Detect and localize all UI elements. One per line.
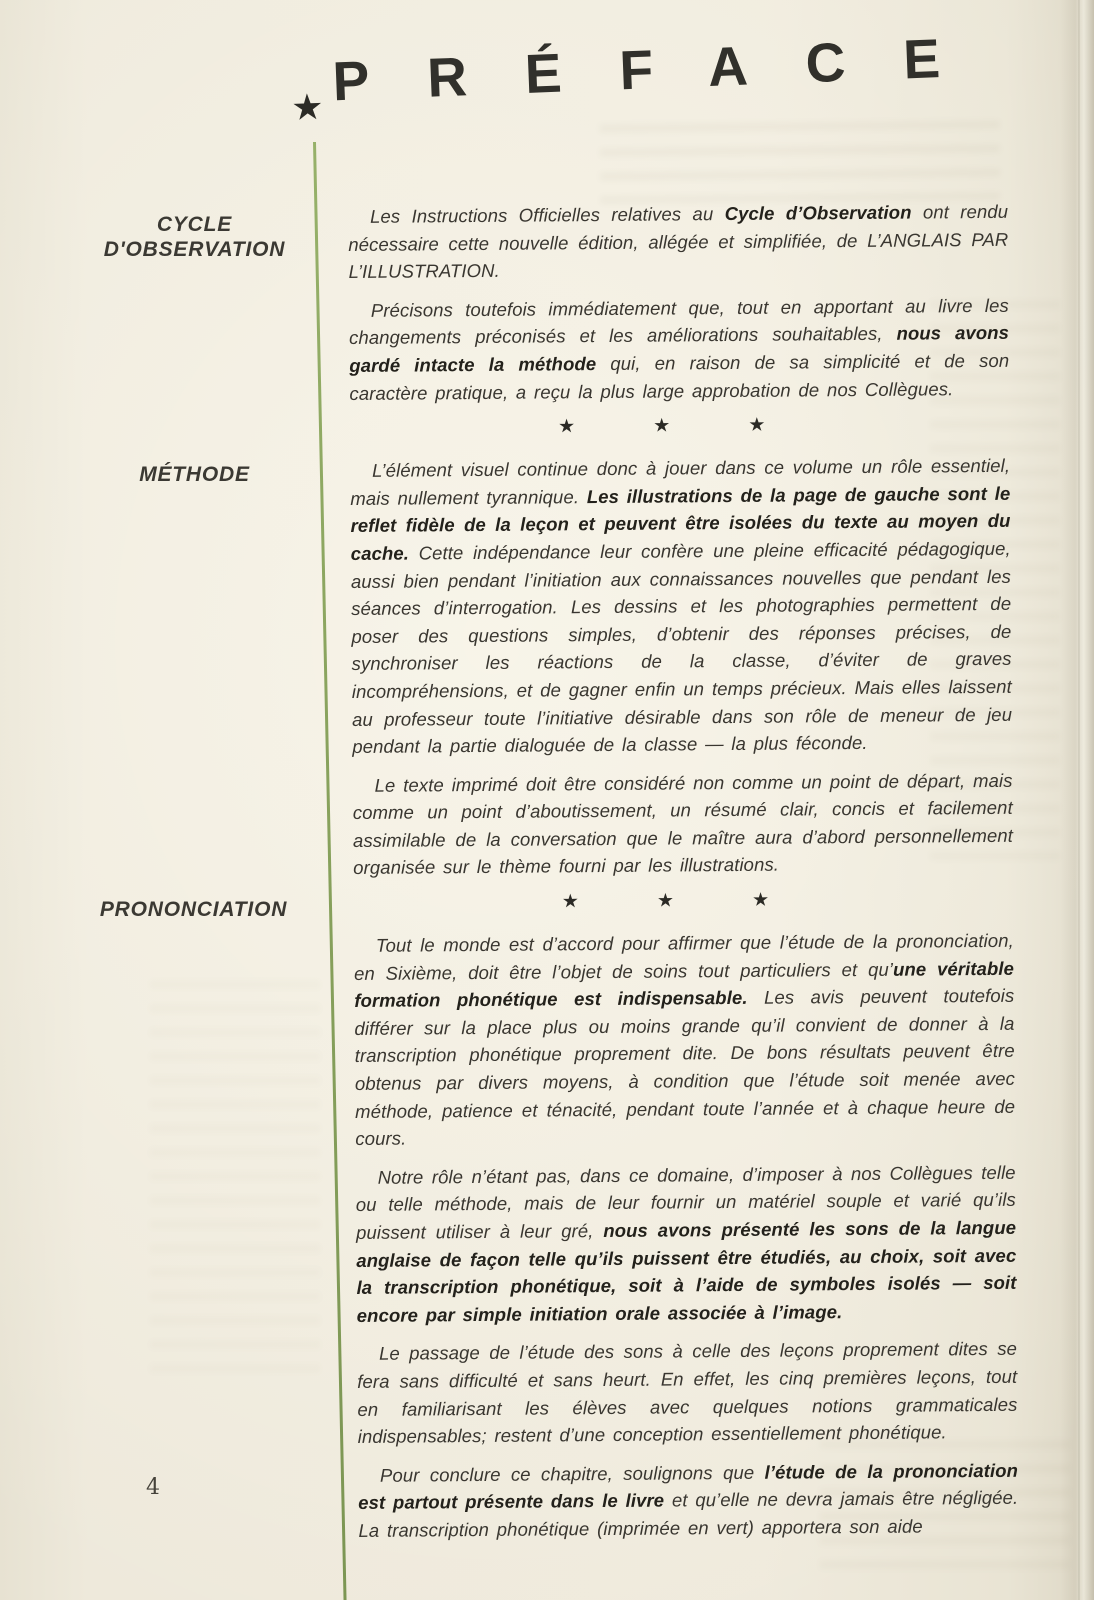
- scanned-book-page: ★ PRÉFACE CYCLE D'OBSERVATION MÉTHODE PR…: [0, 0, 1094, 1600]
- star-icon: ★: [748, 415, 765, 437]
- star-icon: ★: [752, 890, 769, 912]
- paragraph: Le texte imprimé doit être considéré non…: [352, 766, 1013, 882]
- text-run: Le texte imprimé doit être considéré non…: [353, 769, 1013, 878]
- star-icon: ★: [653, 416, 670, 438]
- page-number: 4: [146, 1475, 160, 1500]
- paragraph: L’élément visuel continue donc à jouer d…: [350, 452, 1012, 761]
- bold-text-run: Cycle d’Observation: [725, 202, 912, 224]
- paragraph: Tout le monde est d’accord pour affirmer…: [354, 927, 1016, 1153]
- stars-separator: ★★★: [350, 413, 1010, 440]
- paragraph: Les Instructions Officielles relatives a…: [348, 198, 1009, 286]
- text-run: Les Instructions Officielles relatives a…: [370, 203, 725, 227]
- page-crease: [1078, 0, 1080, 1600]
- paragraph: Précisons toutefois immédiatement que, t…: [349, 292, 1010, 408]
- star-icon: ★: [562, 891, 579, 913]
- text-column: Les Instructions Officielles relatives a…: [348, 198, 1019, 1556]
- text-run: Le passage de l’étude des sons à celle d…: [357, 1338, 1017, 1447]
- paragraph: Notre rôle n’étant pas, dans ce domaine,…: [356, 1159, 1017, 1330]
- page-edge-shadow: [1060, 0, 1094, 1600]
- star-icon: ★: [657, 891, 674, 913]
- star-icon: ★: [291, 89, 325, 126]
- section-heading-prononciation: PRONONCIATION: [76, 897, 311, 922]
- section-heading-methode: MÉTHODE: [82, 462, 307, 487]
- bleed-through-ghost: [600, 120, 1001, 204]
- page-title: PRÉFACE: [332, 29, 999, 110]
- page-title-row: ★ PRÉFACE: [289, 29, 999, 126]
- bleed-through-ghost: [150, 980, 320, 1380]
- text-run: Pour conclure ce chapitre, soulignons qu…: [380, 1462, 765, 1486]
- green-vertical-rule: [313, 142, 347, 1600]
- paragraph: Pour conclure ce chapitre, soulignons qu…: [358, 1457, 1019, 1545]
- text-run: Cette indépendance leur confère une plei…: [351, 538, 1012, 757]
- section-heading-cycle-observation: CYCLE D'OBSERVATION: [82, 212, 307, 262]
- paragraph: Le passage de l’étude des sons à celle d…: [357, 1335, 1018, 1451]
- stars-separator: ★★★: [353, 888, 1013, 915]
- star-icon: ★: [558, 416, 575, 438]
